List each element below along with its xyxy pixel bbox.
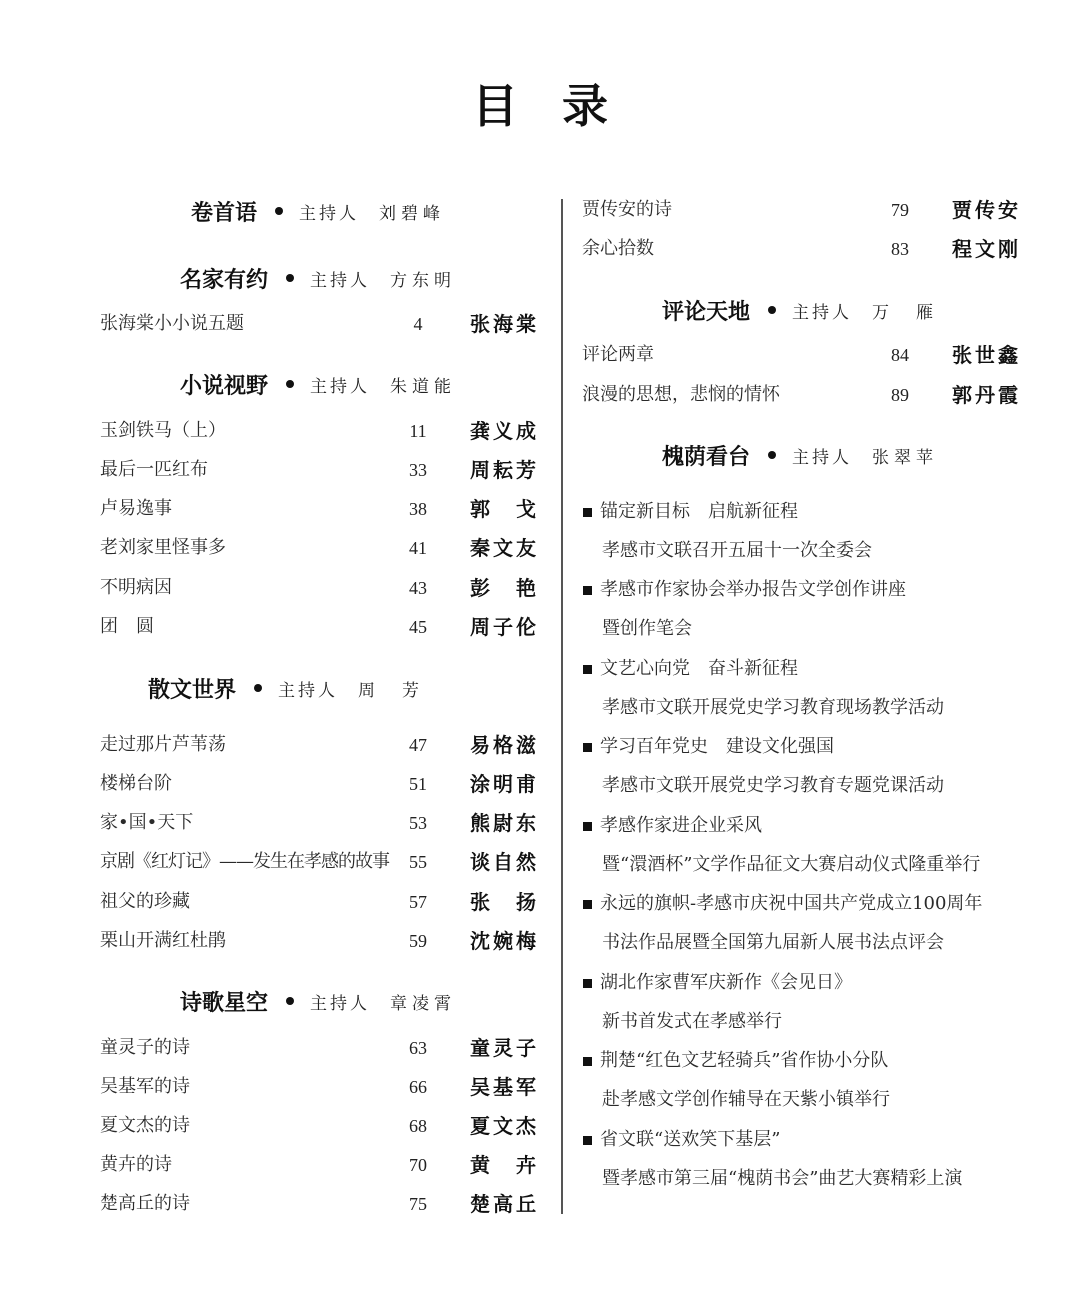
- entry-page: 66: [400, 1073, 436, 1101]
- entry-page: 70: [400, 1151, 436, 1179]
- bullet-dot-icon: [768, 451, 776, 459]
- entry-page: 38: [400, 495, 436, 523]
- entry-author: 周子伦: [470, 613, 536, 641]
- host-label: 主持人: [278, 676, 338, 701]
- entry-title: 团 圆: [100, 613, 154, 641]
- toc-entry[interactable]: 栗山开满红杜鹃 59 沈婉梅: [100, 927, 536, 955]
- entry-page: 57: [400, 888, 436, 916]
- entry-author: 张世鑫: [952, 341, 1018, 369]
- entry-page: 4: [400, 310, 436, 338]
- entry-page: 75: [400, 1190, 436, 1218]
- news-item[interactable]: 学习百年党史 建设文化强国 孝感市文联开展党史学习教育专题党课活动: [582, 733, 1018, 800]
- entry-title: 余心拾数: [582, 235, 654, 263]
- bullet-dot-icon: [768, 306, 776, 314]
- toc-entry[interactable]: 家•国•天下 53 熊尉东: [100, 809, 536, 837]
- entry-author: 程文刚: [952, 235, 1018, 263]
- toc-entry[interactable]: 贾传安的诗 79 贾传安: [582, 196, 1018, 224]
- news-headline: 文艺心向党 奋斗新征程: [600, 658, 798, 679]
- news-headline: 学习百年党史 建设文化强国: [600, 736, 834, 757]
- entry-title: 楼梯台阶: [100, 770, 172, 798]
- section-header-sanwenshijie: 散文世界 主持人 周 芳: [100, 673, 536, 703]
- toc-entry[interactable]: 楚高丘的诗 75 楚高丘: [100, 1190, 536, 1218]
- news-subline: 孝感市文联召开五届十一次全委会: [582, 537, 1018, 565]
- entry-page: 43: [400, 574, 436, 602]
- entry-page: 47: [400, 731, 436, 759]
- entry-page: 63: [400, 1034, 436, 1062]
- host-label: 主持人: [792, 298, 852, 323]
- entry-author: 黄卉: [470, 1151, 536, 1179]
- square-bullet-icon: [583, 1136, 592, 1145]
- bullet-dot-icon: [254, 684, 262, 692]
- section-host: 刘碧峰: [379, 199, 445, 224]
- section-host: 万 雁: [872, 298, 938, 323]
- host-label: 主持人: [310, 266, 370, 291]
- entry-page: 51: [400, 770, 436, 798]
- toc-entry[interactable]: 团 圆 45 周子伦: [100, 613, 536, 641]
- entry-author: 彭艳: [470, 574, 536, 602]
- entry-title: 浪漫的思想，悲悯的情怀: [582, 381, 780, 409]
- section-header-juanshouyu: 卷首语 主持人 刘碧峰: [100, 196, 536, 226]
- entry-page: 41: [400, 534, 436, 562]
- entry-author: 周耘芳: [470, 456, 536, 484]
- entry-page: 45: [400, 613, 436, 641]
- entry-title: 卢易逸事: [100, 495, 172, 523]
- entry-page: 89: [882, 381, 918, 409]
- entry-title: 家•国•天下: [100, 809, 193, 837]
- section-host: 章凌霄: [390, 989, 456, 1014]
- entry-title: 夏文杰的诗: [100, 1112, 190, 1140]
- toc-entry[interactable]: 老刘家里怪事多 41 秦文友: [100, 534, 536, 562]
- entry-author: 童灵子: [470, 1034, 536, 1062]
- section-host: 周 芳: [358, 676, 424, 701]
- host-label: 主持人: [299, 199, 359, 224]
- news-headline: 省文联“送欢笑下基层”: [600, 1129, 780, 1150]
- news-headline: 荆楚“红色文艺轻骑兵”省作协小分队: [600, 1050, 888, 1071]
- entry-title: 楚高丘的诗: [100, 1190, 190, 1218]
- section-header-mingjiayouyue: 名家有约 主持人 方东明: [100, 263, 536, 293]
- news-subline: 暨创作笔会: [582, 615, 1018, 643]
- section-name: 评论天地: [662, 295, 750, 326]
- news-item[interactable]: 锚定新目标 启航新征程 孝感市文联召开五届十一次全委会: [582, 498, 1018, 565]
- toc-entry[interactable]: 黄卉的诗 70 黄卉: [100, 1151, 536, 1179]
- square-bullet-icon: [583, 586, 592, 595]
- bullet-dot-icon: [275, 207, 283, 215]
- section-host: 方东明: [390, 266, 456, 291]
- entry-author: 贾传安: [952, 196, 1018, 224]
- entry-author: 吴基军: [470, 1073, 536, 1101]
- square-bullet-icon: [583, 508, 592, 517]
- entry-page: 59: [400, 927, 436, 955]
- entry-title: 老刘家里怪事多: [100, 534, 226, 562]
- entry-author: 夏文杰: [470, 1112, 536, 1140]
- entry-page: 84: [882, 341, 918, 369]
- toc-entry[interactable]: 余心拾数 83 程文刚: [582, 235, 1018, 263]
- entry-title: 祖父的珍藏: [100, 888, 190, 916]
- section-name: 槐荫看台: [662, 440, 750, 471]
- host-label: 主持人: [792, 443, 852, 468]
- section-header-huaiyinkantai: 槐荫看台 主持人 张翠苹: [582, 440, 1018, 470]
- entry-page: 33: [400, 456, 436, 484]
- section-name: 小说视野: [180, 369, 268, 400]
- square-bullet-icon: [583, 743, 592, 752]
- toc-entry[interactable]: 夏文杰的诗 68 夏文杰: [100, 1112, 536, 1140]
- entry-author: 张扬: [470, 888, 536, 916]
- section-header-shigexingkong: 诗歌星空 主持人 章凌霄: [100, 986, 536, 1016]
- entry-title: 京剧《红灯记》——发生在孝感的故事: [100, 848, 389, 876]
- news-subline: 暨孝感市第三届“槐荫书会”曲艺大赛精彩上演: [582, 1165, 1018, 1193]
- entry-title: 贾传安的诗: [582, 196, 672, 224]
- news-subline: 孝感市文联开展党史学习教育现场教学活动: [582, 694, 1018, 722]
- square-bullet-icon: [583, 979, 592, 988]
- entry-title: 黄卉的诗: [100, 1151, 172, 1179]
- news-headline: 永远的旗帜-孝感市庆祝中国共产党成立100周年: [600, 893, 982, 914]
- toc-entry[interactable]: 京剧《红灯记》——发生在孝感的故事 55 谈自然: [100, 848, 536, 876]
- entry-author: 熊尉东: [470, 809, 536, 837]
- toc-entry[interactable]: 楼梯台阶 51 涂明甫: [100, 770, 536, 798]
- news-subline: 暨“澴酒杯”文学作品征文大赛启动仪式隆重举行: [582, 851, 1018, 879]
- toc-entry[interactable]: 祖父的珍藏 57 张扬: [100, 888, 536, 916]
- entry-author: 龚义成: [470, 417, 536, 445]
- news-item[interactable]: 文艺心向党 奋斗新征程 孝感市文联开展党史学习教育现场教学活动: [582, 655, 1018, 722]
- section-header-pingluntiandi: 评论天地 主持人 万 雁: [582, 295, 1018, 325]
- entry-author: 沈婉梅: [470, 927, 536, 955]
- entry-title: 张海棠小小说五题: [100, 310, 244, 338]
- bullet-dot-icon: [286, 997, 294, 1005]
- toc-entry[interactable]: 吴基军的诗 66 吴基军: [100, 1073, 536, 1101]
- entry-title: 吴基军的诗: [100, 1073, 190, 1101]
- section-header-xiaoshuoshiye: 小说视野 主持人 朱道能: [100, 369, 536, 399]
- section-host: 张翠苹: [872, 443, 938, 468]
- news-item[interactable]: 永远的旗帜-孝感市庆祝中国共产党成立100周年 书法作品展暨全国第九届新人展书法…: [582, 890, 1018, 957]
- news-item[interactable]: 孝感作家进企业采风 暨“澴酒杯”文学作品征文大赛启动仪式隆重举行: [582, 812, 1018, 879]
- entry-page: 11: [400, 417, 436, 445]
- news-headline: 孝感作家进企业采风: [600, 815, 762, 836]
- entry-author: 郭戈: [470, 495, 536, 523]
- bullet-dot-icon: [286, 274, 294, 282]
- entry-page: 79: [882, 196, 918, 224]
- entry-author: 楚高丘: [470, 1190, 536, 1218]
- host-label: 主持人: [310, 989, 370, 1014]
- section-name: 散文世界: [148, 673, 236, 704]
- section-name: 卷首语: [191, 196, 257, 227]
- entry-page: 55: [400, 848, 436, 876]
- news-item[interactable]: 荆楚“红色文艺轻骑兵”省作协小分队 赴孝感文学创作辅导在天紫小镇举行: [582, 1047, 1018, 1114]
- entry-title: 走过那片芦苇荡: [100, 731, 226, 759]
- toc-entry[interactable]: 走过那片芦苇荡 47 易格滋: [100, 731, 536, 759]
- entry-author: 张海棠: [470, 310, 536, 338]
- entry-title: 最后一匹红布: [100, 456, 208, 484]
- toc-entry[interactable]: 最后一匹红布 33 周耘芳: [100, 456, 536, 484]
- entry-page: 53: [400, 809, 436, 837]
- news-headline: 湖北作家曹军庆新作《会见日》: [600, 972, 852, 993]
- entry-author: 郭丹霞: [952, 381, 1018, 409]
- entry-author: 涂明甫: [470, 770, 536, 798]
- toc-entry[interactable]: 不明病因 43 彭艳: [100, 574, 536, 602]
- entry-title: 童灵子的诗: [100, 1034, 190, 1062]
- toc-entry[interactable]: 玉剑铁马（上） 11 龚义成: [100, 417, 536, 445]
- news-item[interactable]: 省文联“送欢笑下基层” 暨孝感市第三届“槐荫书会”曲艺大赛精彩上演: [582, 1126, 1018, 1193]
- news-subline: 新书首发式在孝感举行: [582, 1008, 1018, 1036]
- toc-entry[interactable]: 评论两章 84 张世鑫: [582, 341, 1018, 369]
- entry-title: 评论两章: [582, 341, 654, 369]
- news-headline: 孝感市作家协会举办报告文学创作讲座: [600, 579, 906, 600]
- news-headline: 锚定新目标 启航新征程: [600, 501, 798, 522]
- toc-entry[interactable]: 童灵子的诗 63 童灵子: [100, 1034, 536, 1062]
- square-bullet-icon: [583, 665, 592, 674]
- host-label: 主持人: [310, 372, 370, 397]
- news-subline: 书法作品展暨全国第九届新人展书法点评会: [582, 929, 1018, 957]
- news-item[interactable]: 孝感市作家协会举办报告文学创作讲座 暨创作笔会: [582, 576, 1018, 643]
- entry-title: 玉剑铁马（上）: [100, 417, 226, 445]
- entry-author: 秦文友: [470, 534, 536, 562]
- square-bullet-icon: [583, 822, 592, 831]
- entry-title: 栗山开满红杜鹃: [100, 927, 226, 955]
- news-subline: 孝感市文联开展党史学习教育专题党课活动: [582, 772, 1018, 800]
- section-host: 朱道能: [390, 372, 456, 397]
- square-bullet-icon: [583, 900, 592, 909]
- bullet-dot-icon: [286, 380, 294, 388]
- column-divider: [561, 199, 563, 1214]
- toc-entry[interactable]: 卢易逸事 38 郭戈: [100, 495, 536, 523]
- news-subline: 赴孝感文学创作辅导在天紫小镇举行: [582, 1086, 1018, 1114]
- section-name: 名家有约: [180, 263, 268, 294]
- news-item[interactable]: 湖北作家曹军庆新作《会见日》 新书首发式在孝感举行: [582, 969, 1018, 1036]
- toc-entry[interactable]: 浪漫的思想，悲悯的情怀 89 郭丹霞: [582, 381, 1018, 409]
- toc-entry[interactable]: 张海棠小小说五题 4 张海棠: [100, 310, 536, 338]
- entry-page: 68: [400, 1112, 436, 1140]
- entry-author: 谈自然: [470, 848, 536, 876]
- entry-page: 83: [882, 235, 918, 263]
- section-name: 诗歌星空: [180, 986, 268, 1017]
- square-bullet-icon: [583, 1057, 592, 1066]
- page-title: 目录: [0, 76, 1080, 136]
- entry-title: 不明病因: [100, 574, 172, 602]
- entry-author: 易格滋: [470, 731, 536, 759]
